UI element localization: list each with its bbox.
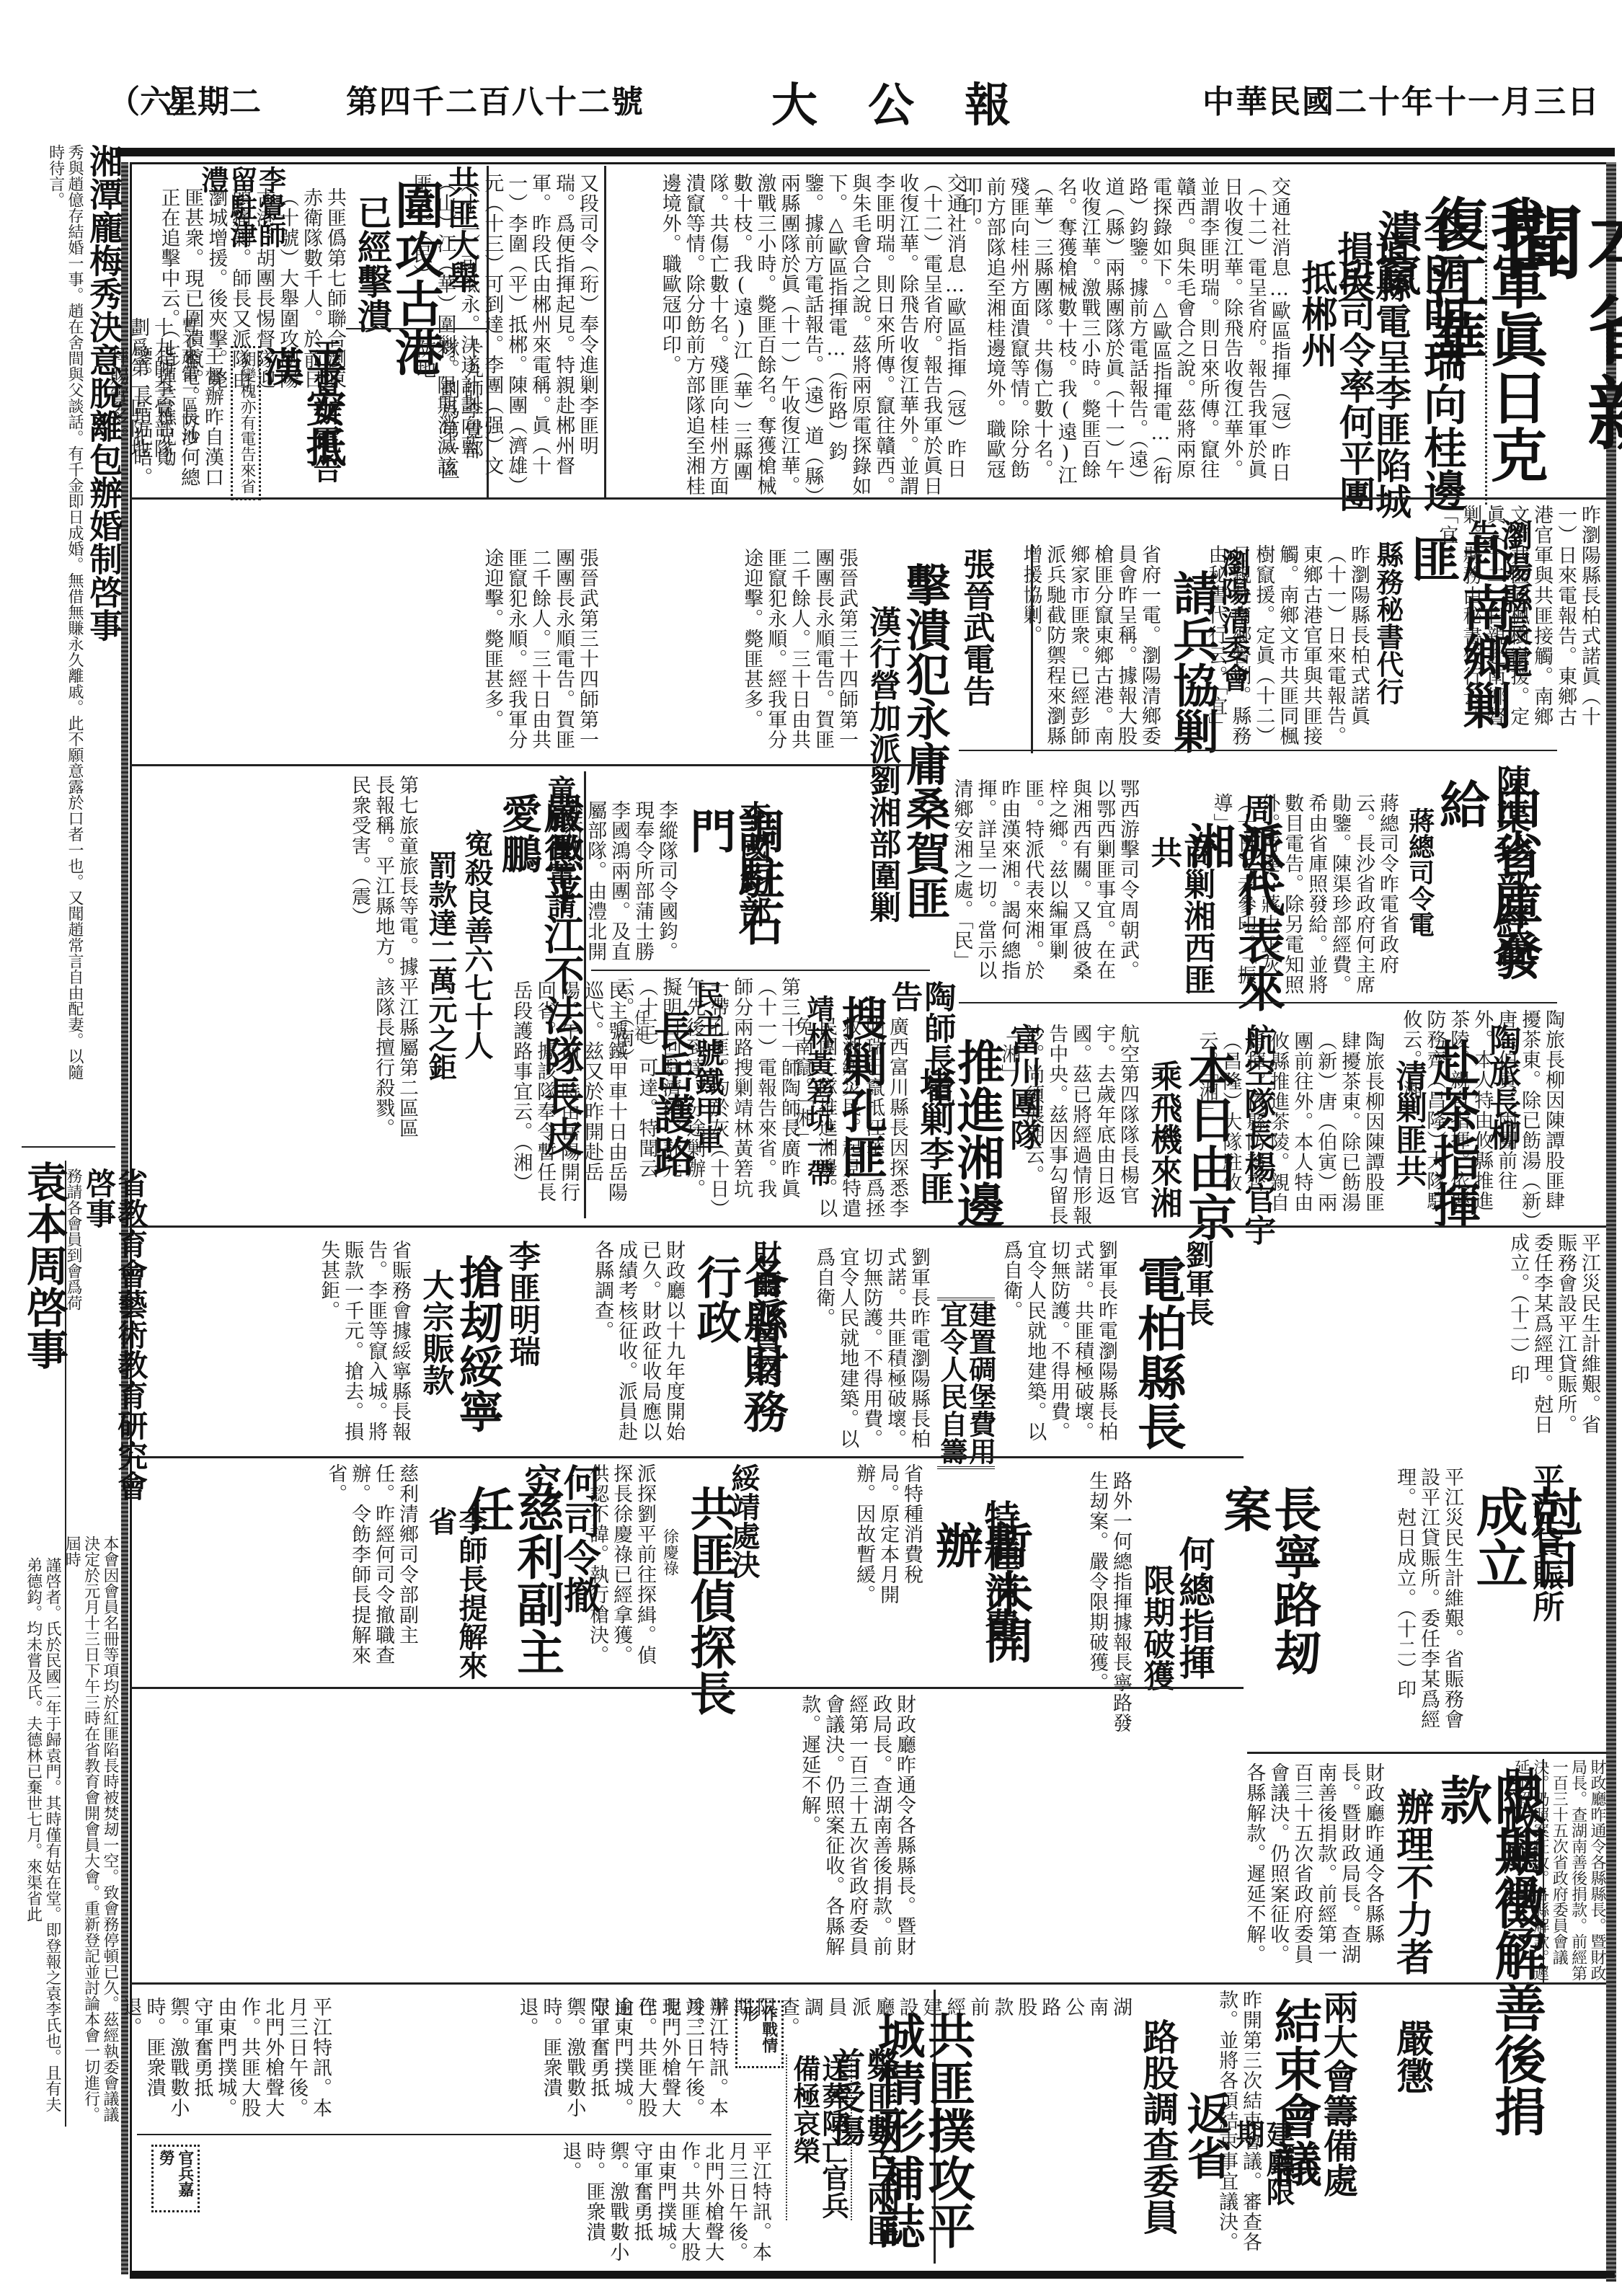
row-divider-2l xyxy=(130,764,923,766)
chenquzhen-headline: 由省庫發給 xyxy=(1435,779,1541,995)
tiejiache-kicker: 民主號鐵甲車 xyxy=(692,980,722,1168)
wangdubian-headline: 平安抵漢 xyxy=(260,346,345,505)
tiejiache-body: 民主號鐵甲車十日由岳陽巡弋。兹又於昨開赴岳陽。午前一時由岳陽開行回省。據該隊奉令… xyxy=(591,980,627,1211)
liguojun-body: 李縱隊司令國鈞。現奉令所部蒲士勝李國鴻兩團。及直屬部隊。由澧北開赴石門。 xyxy=(591,800,678,966)
fuchuan-kicker: 富川團隊 xyxy=(1006,1024,1039,1168)
bottom-rule xyxy=(130,2271,1615,2278)
lianghui-kicker: 兩大會籌備處 xyxy=(1319,1990,1355,2206)
caizheng-body-cont: 財政廳昨通令各縣縣長。暨財政局長。查湖南善後捐款。前經第一百三十五次省政府委員會… xyxy=(137,1694,916,1975)
pingcheng-body-cont: 平江特訊。本月三日午後。北門外槍聲大作。共匪大股由東門撲城。守軍奮勇抵禦。激戰數… xyxy=(180,2141,771,2264)
hangkong-headline: 本日由京 xyxy=(1182,1045,1233,1262)
notice-3-headline: 袁本周啓事 xyxy=(22,1161,66,1550)
liguojun-headline: 調駐石門 xyxy=(685,807,781,973)
lead-subhead-3: 段司令率何平團抵郴州 xyxy=(1298,260,1373,519)
jianting-headline: 路股調查委員 xyxy=(1139,2018,1177,2256)
zhentan-headline: 共匪偵探長 xyxy=(685,1485,733,1716)
row-divider-4l xyxy=(591,970,930,971)
lead-body-cont: 交通社消息…歐區指揮（冦）昨日（十二）電呈省府。報告我軍於眞日收復江華。除飛告收… xyxy=(613,173,966,497)
duansiling-body: 又段司令（珩）奉令進剿李匪明瑞。爲便指揮起見。特親赴郴州督軍。昨段氏由郴州來電稱… xyxy=(490,173,598,490)
gugang-kicker: 共匪大舉 xyxy=(443,166,477,310)
issue-number: 第四千二百八十二號 xyxy=(346,76,644,122)
changning-headline: 長寧路刼案 xyxy=(1218,1485,1319,1701)
wangdubian-body: 王督辦昨自漢口來電。長沙何總指揮芸樵兄勛鑒。長垣把晤。拜賜實多。 xyxy=(144,346,223,490)
lead-body: 交通社消息…歐區指揮（冦）昨日（十二）電呈省府。報告我軍於眞日收復江華。除飛告收… xyxy=(973,177,1290,494)
zhangjinwu-kicker: 張晉武電告 xyxy=(959,548,992,714)
notice-3-body: 謹啓者。氏於民國二年于歸袁門。其時僅有姑在堂。即登報之袁李氏也。且有夫弟德鈞。均… xyxy=(40,1557,61,2127)
masthead-rule xyxy=(115,148,1615,156)
zhangjinwu-body-cont: 張晉武第三十四師第一團團長永順電告。賀匪二千餘人。三十日由共匪竄犯永順。經我軍分… xyxy=(137,548,598,757)
jianting-kicker: 建廳限期 xyxy=(1233,2119,1293,2206)
zhangjinwu-body: 張晉武第三十四師第一團團長永順電告。賀匪二千餘人。三十日由共匪竄犯永順。經我軍分… xyxy=(606,548,858,757)
pingjiang-news-body: 平江災民生計維艱。省賑務會設平江貸賑所。委任李某爲經理。尅日成立。（十二）印 xyxy=(1283,1233,1600,1449)
hangkong-subhead: 乘飛機來湘 xyxy=(1146,1060,1179,1247)
suining-kicker: 李匪明瑞 xyxy=(505,1240,538,1384)
pingcheng-body-left: 平江特訊。本月三日午後。北門外槍聲大作。共匪大股由東門撲城。守軍奮勇抵禦。激戰數… xyxy=(137,1997,332,2127)
caizheng-side-note: 財政廳昨通令各縣縣長。暨財政局長。查湖南善後捐款。前經第一百三十五次省政府委員會… xyxy=(1543,1759,1606,1982)
piaipeng-subhead-1: 寃殺良善六七十人 xyxy=(461,829,492,1117)
zhangjinwu-subhead: 漢行營加派劉湘部圍剿 xyxy=(865,606,898,966)
taoshizhang-headline: 搜剿孔匪 xyxy=(836,995,885,1182)
pingcheng-box-label: 送葬陣亡官兵備極哀榮 xyxy=(786,2055,852,2220)
suining-subhead: 大宗賑款 xyxy=(418,1269,451,1413)
suining-body: 省賑務會據綏寧縣長報告。李匪等竄入城。將賑款一千元。搶去。損失甚鉅。 xyxy=(137,1240,411,1449)
taoshizhang-kicker: 陶師長電告 xyxy=(887,980,953,1125)
liujunzhang-body-cont: 劉軍長昨電瀏陽縣長柏式諾。共匪積極破壞。切無防護。不得用費。宜令人民就地建築。以… xyxy=(786,1247,930,1449)
column-divider-3 xyxy=(1031,544,1033,753)
row-divider-7l xyxy=(130,1687,1244,1689)
liuyang-xianzhang-subhead: 縣務秘書代行 xyxy=(1373,541,1402,714)
piaipeng-body: 第七旅童旅長等電。據平江縣屬第二區區長報稱。平江縣地方。該隊長擅行殺戮。民衆受害… xyxy=(137,775,418,1150)
row-divider-2r xyxy=(959,750,1557,751)
caizheng-headline: 限期徵解善後捐款 xyxy=(1435,1773,1543,2177)
row-divider-3r xyxy=(959,1002,1557,1003)
tiejiache-headline: 長岳護路 xyxy=(649,1009,693,1197)
tiejiache-subhead: 任祖 xyxy=(631,1009,650,1067)
notice-1-headline: 湘潭龐梅秀決意脫離包辦婚制啓事 xyxy=(87,144,121,706)
pingjiang-headline: 尅日成立 xyxy=(1471,1485,1579,1629)
liuyang-qingwei-kicker: 瀏陽清委會 xyxy=(1218,548,1249,714)
taoshizhang-subhead: 靖林黃箬坑一帶 xyxy=(804,995,833,1211)
liuyang-xianzhang-headline: 赴南鄉剿匪 xyxy=(1406,533,1509,750)
taoshizhang-body: 第三十一師陶師長廣昨眞（十一）電報告來省。我師分兩路搜剿靖林黃箬坑一帶孔匪。均於… xyxy=(721,977,800,1215)
taolvzhang-kicker: 陶旅長柳 xyxy=(1485,1024,1518,1168)
fuchuan-headline: 推進湘邊 xyxy=(952,1038,1001,1254)
cili-body: 慈利清鄉司令部副主任。昨經何司令撤職查辦。令飭李師長提解來省。 xyxy=(137,1463,418,1680)
chenquzhen-subhead: 蔣總司令電 xyxy=(1406,807,1433,995)
newspaper-title: 大公報 xyxy=(771,68,1061,135)
column-divider xyxy=(604,166,606,497)
changning-body: 路外一何總指揮據報長寧路發生刼案。嚴令限期破獲。 xyxy=(1031,1471,1132,1745)
liuyang-qingwei-body: 省府一電。瀏陽清鄉委員會昨呈稱。據報大股槍匪分竄東鄉古港。南鄉家市匪衆。已經彭師… xyxy=(1038,544,1161,753)
taolvzhang-subhead: 清剿匪共 xyxy=(1391,1060,1424,1247)
row-divider-5 xyxy=(130,1225,1606,1228)
caiwu-headline: 各縣財務行政 xyxy=(692,1254,786,1456)
lijue-detail-body: 十九師李覺部隊。劃爲第一區防地 xyxy=(346,339,483,490)
pingcheng-inline-label-1: 作戰情形 xyxy=(735,2000,784,2068)
teizhong-body: 省特種消費稅局。原定本月開辦。因故暫緩。 xyxy=(779,1463,923,1622)
row-divider-6 xyxy=(130,1456,1244,1458)
notice-2-subhead: 務請各會員到會爲荷 xyxy=(66,1168,82,1312)
notice-2-body: 本會因會員名冊等項均於紅匪陷長時被焚刼一空。致會務停頓已久。茲經執委會議議決定於… xyxy=(83,1535,119,2127)
gugang-rule xyxy=(346,328,487,329)
teizhong-headline: 暫未開辦 xyxy=(930,1521,1030,1694)
liuyang-xianzhang-body: 昨瀏陽縣長柏式諾眞（十一）日來電報告。東鄉古港官軍與共匪接觸。南鄉文市共匪同楓樹… xyxy=(1254,544,1370,753)
caiwu-body: 財政廳以十九年度開始已久。財政征收局應以成績考核征收。派員赴各縣調查。 xyxy=(548,1240,685,1442)
zhangjinwu-headline: 擊潰犯永庸桑賀匪 xyxy=(901,562,948,1009)
row-divider-8 xyxy=(130,1982,1606,1985)
zhouchaowu-body: 鄂西游擊司令周朝武。以鄂西剿匪事宜。在在與湘西有關。又爲彼桑梓之鄉。兹以編軍剿匪… xyxy=(966,779,1139,995)
suining-headline: 搶刼綏寧 xyxy=(454,1254,501,1456)
zhentan-subhead: 徐慶祿 xyxy=(660,1528,678,1672)
jianting-subhead: 返省 xyxy=(1182,2091,1229,2264)
notice-divider-1 xyxy=(22,1146,115,1148)
wangdubian-note: 胡變槐亦有電告來省 xyxy=(231,346,261,500)
misc-body-2: 陶旅長柳因陳譚股匪肆擾茶東。除已飭湯（新）唐（伯寅）兩團前往外。本人特由攸縣推進… xyxy=(1521,1009,1564,1225)
liujunzhang-subhead: 建置碉堡費用 宜令人民自籌 xyxy=(937,1298,995,1469)
liuyang-qingwei-headline: 請兵協剿 xyxy=(1168,569,1216,757)
liujunzhang-kicker: 劉軍長 xyxy=(1182,1240,1213,1384)
lijue-kicker: 李覺師留駐津澧 xyxy=(198,166,285,274)
taolvzhang-headline: 赴茶指揮 xyxy=(1427,1038,1477,1254)
page-number: （六） xyxy=(108,76,203,122)
row-divider-1 xyxy=(130,497,1606,500)
row-divider-7r xyxy=(1247,1752,1608,1754)
changning-kicker: 何總指揮 xyxy=(1175,1535,1213,1680)
hangkong-body: 航空第四隊隊長楊官宇。去歲年底由日返國。茲已將經過情形報告中央。兹因事勾留長沙。… xyxy=(1038,1024,1139,1225)
pingcheng-body: 平江特訊。本月三日午後。北門外槍聲大作。共匪大股由東門撲城。守軍奮勇抵禦。激戰數… xyxy=(339,1997,728,2127)
pingcheng-rule xyxy=(137,2134,771,2135)
notice-2-headline: 省教育會藝術教育研究會啓事 xyxy=(83,1168,146,1528)
column-divider-2 xyxy=(487,166,489,497)
caizheng-body: 財政廳昨通令各縣縣長。暨財政局長。查湖南善後捐款。前經第一百三十五次省政府委員會… xyxy=(923,1763,1384,1979)
masthead-date: 中華民國二十年十一月三日 xyxy=(1202,76,1600,122)
zhouchaowu-subhead: 商剿湘西匪共 xyxy=(1146,836,1213,1024)
liujunzhang-headline: 電柏縣長 xyxy=(1132,1254,1183,1471)
chenquzhen-body: 蔣總司令昨電省政府云。長沙省政府何主席勛鑒。陳渠珍部經費。希由省庫照發給。並將數… xyxy=(1269,793,1399,995)
cili-subhead: 李師長提解來省 xyxy=(425,1507,486,1694)
masthead: 中華民國二十年十一月三日 大公報 第四千二百八十二號 星期二 （六） xyxy=(108,68,1608,148)
piaipeng-subhead-2: 罰款達二萬元之鉅 xyxy=(425,851,456,1139)
taolvzhang-body: 陶旅長柳因陳譚股匪肆擾茶東。除已飭湯（新）唐（伯寅）兩團前往外。本人特由攸縣推進… xyxy=(1269,1031,1384,1225)
notice-1-body: 秀與趙億存結婚一事。趙在舍間與父談話。有千金即日成婚。無借無賺永久離戚。此不願意… xyxy=(6,144,84,1081)
